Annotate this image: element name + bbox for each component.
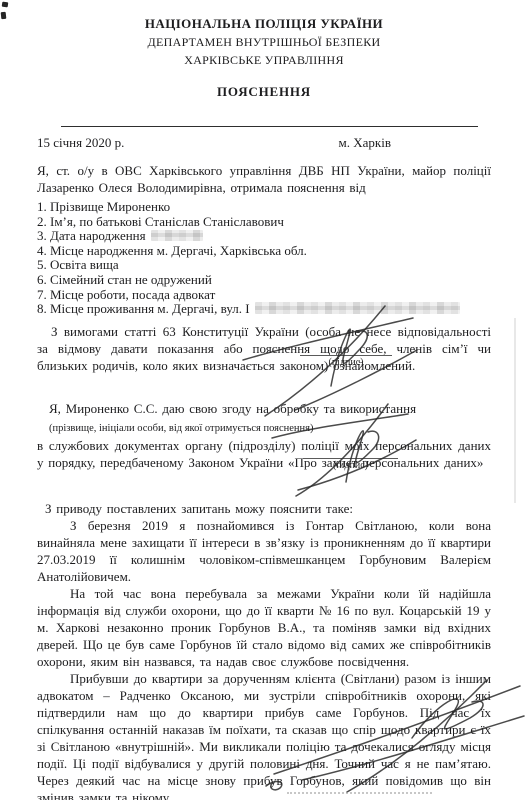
org-department-line: ДЕПАРТАМЕН ВНУТРІШНЬОЇ БЕЗПЕКИ	[37, 35, 491, 50]
constitution-notice-paragraph: З вимогами статті 63 Конституції України…	[37, 323, 491, 374]
signature-line	[303, 458, 398, 459]
signature-caption: (підпис)	[303, 460, 398, 471]
signature-caption: (підпис)	[300, 357, 392, 368]
field-marital-status: 6. Сімейний стан не одружений	[37, 273, 491, 288]
scan-streak-artifact	[514, 318, 516, 503]
person-fields-list: 1. Прізвище Мироненко 2. Ім’я, по батько…	[37, 200, 491, 317]
statement-paragraph-1: З березня 2019 я познайомився із Гонтар …	[37, 517, 491, 585]
redaction-blur	[151, 230, 203, 241]
scan-artifact-mark	[1, 12, 7, 19]
statement-paragraph-2: На той час вона перебувала за межами Укр…	[37, 585, 491, 670]
field-birth-place: 4. Місце народження м. Дергачі, Харківсь…	[37, 244, 491, 259]
field-residence: 8. Місце проживання м. Дергачі, вул. І	[37, 302, 491, 317]
document-city: м. Харків	[339, 135, 391, 151]
consent-continuation-paragraph: в службових документах органу (підрозділ…	[37, 437, 491, 471]
consent-statement-line: Я, Мироненко С.С. даю свою згоду на обро…	[37, 400, 491, 417]
org-name-line: НАЦІОНАЛЬНА ПОЛІЦІЯ УКРАЇНИ	[37, 16, 491, 32]
org-office-line: ХАРКІВСЬКЕ УПРАВЛІННЯ	[37, 53, 491, 68]
field-given-name: 2. Ім’я, по батькові Станіслав Станіслав…	[37, 215, 491, 230]
faint-signature-line	[287, 792, 432, 794]
signature-line	[300, 355, 392, 356]
field-education: 5. Освіта вища	[37, 258, 491, 273]
statement-paragraph-3: Прибувши до квартири за дорученням клієн…	[37, 670, 491, 800]
officer-intro-paragraph: Я, ст. о/у в ОВС Харківського управління…	[37, 162, 491, 196]
document-date: 15 січня 2020 р.	[37, 135, 124, 151]
field-birth-date: 3. Дата народження	[37, 229, 491, 244]
consent-footnote: (прізвище, ініціали особи, від якої отри…	[37, 423, 491, 434]
header-divider	[61, 126, 478, 127]
field-occupation: 7. Місце роботи, посада адвокат	[37, 288, 491, 303]
document-header: НАЦІОНАЛЬНА ПОЛІЦІЯ УКРАЇНИ ДЕПАРТАМЕН В…	[37, 16, 491, 100]
dateline: 15 січня 2020 р. м. Харків	[37, 135, 491, 151]
field-surname: 1. Прізвище Мироненко	[37, 200, 491, 215]
redaction-blur	[255, 302, 460, 314]
document-title: ПОЯСНЕННЯ	[37, 84, 491, 100]
statement-intro-line: З приводу поставлених запитань можу пояс…	[37, 500, 491, 517]
scanned-document-page: НАЦІОНАЛЬНА ПОЛІЦІЯ УКРАЇНИ ДЕПАРТАМЕН В…	[0, 0, 527, 800]
scan-artifact-mark	[2, 2, 9, 8]
